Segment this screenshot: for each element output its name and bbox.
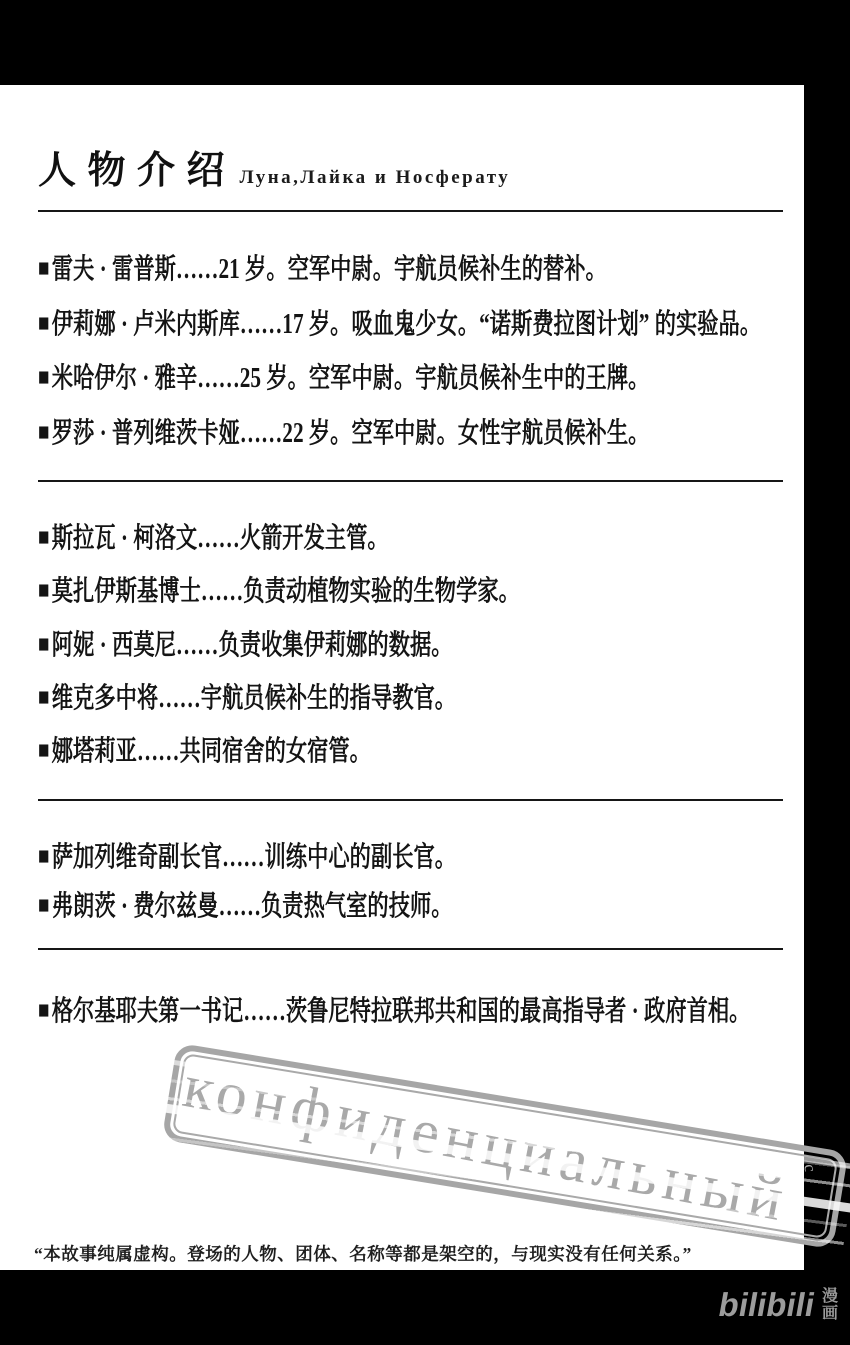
bilibili-manga-logo: bilibili 漫 画: [719, 1286, 838, 1324]
title-rule: [38, 210, 783, 212]
stamp-side-mark: с: [799, 1163, 820, 1173]
roster-line-text: 莫扎伊斯基博士……负责动植物实验的生物学家。: [52, 576, 520, 607]
roster-line-text: 雷夫 · 雷普斯……21 岁。空军中尉。宇航员候补生的替补。: [52, 254, 607, 285]
section-rule: [38, 799, 783, 801]
roster-line: ■罗莎 · 普列维茨卡娅……22 岁。空军中尉。女性宇航员候补生。: [38, 419, 649, 450]
roster-line-text: 斯拉瓦 · 柯洛文……火箭开发主管。: [52, 523, 389, 554]
bullet-square-icon: ■: [38, 577, 49, 604]
roster-line: ■莫扎伊斯基博士……负责动植物实验的生物学家。: [38, 577, 520, 608]
bullet-square-icon: ■: [38, 843, 49, 870]
roster-line: ■米哈伊尔 · 雅辛……25 岁。空军中尉。宇航员候补生中的王牌。: [38, 364, 649, 395]
section-rule: [38, 480, 783, 482]
bullet-square-icon: ■: [38, 631, 49, 658]
roster-line: ■伊莉娜 · 卢米内斯库……17 岁。吸血鬼少女。“诺斯费拉图计划” 的实验品。: [38, 310, 761, 341]
bullet-square-icon: ■: [38, 737, 49, 764]
roster-line-text: 罗莎 · 普列维茨卡娅……22 岁。空军中尉。女性宇航员候补生。: [52, 418, 650, 449]
disclaimer-text: “本故事纯属虚构。登场的人物、团体、名称等都是架空的，与现实没有任何关系。”: [34, 1241, 692, 1266]
roster-line: ■雷夫 · 雷普斯……21 岁。空军中尉。宇航员候补生的替补。: [38, 255, 607, 286]
roster-line: ■萨加列维奇副长官……训练中心的副长官。: [38, 843, 456, 874]
roster-line: ■格尔基耶夫第一书记……茨鲁尼特拉联邦共和国的最高指导者 · 政府首相。: [38, 997, 750, 1028]
roster-line: ■弗朗茨 · 费尔兹曼……负责热气室的技师。: [38, 892, 453, 923]
bilibili-manga-cjk: 漫 画: [822, 1288, 838, 1322]
roster-line: ■斯拉瓦 · 柯洛文……火箭开发主管。: [38, 524, 389, 555]
roster-line-text: 维克多中将……宇航员候补生的指导教官。: [52, 683, 456, 714]
title-block: 人 物 介 绍 Луна,Лайка и Носферату: [38, 149, 510, 193]
bullet-square-icon: ■: [38, 684, 49, 711]
roster-line-text: 弗朗茨 · 费尔兹曼……负责热气室的技师。: [52, 891, 453, 922]
roster-line-text: 萨加列维奇副长官……训练中心的副长官。: [52, 842, 456, 873]
manga-page-frame: { "header": { "title": "人 物 介 绍", "subti…: [0, 0, 850, 1345]
section-rule: [38, 948, 783, 950]
roster-line-text: 娜塔莉亚……共同宿舍的女宿管。: [52, 736, 371, 767]
page-title: 人 物 介 绍: [38, 149, 226, 193]
bullet-square-icon: ■: [38, 364, 49, 391]
footer-bar: bilibili 漫 画: [0, 1270, 850, 1345]
roster-line-text: 阿妮 · 西莫尼……负责收集伊莉娜的数据。: [52, 630, 453, 661]
page-subtitle: Луна,Лайка и Носферату: [240, 167, 511, 189]
roster-line-text: 米哈伊尔 · 雅辛……25 岁。空军中尉。宇航员候补生中的王牌。: [52, 363, 650, 394]
roster-line: ■阿妮 · 西莫尼……负责收集伊莉娜的数据。: [38, 631, 453, 662]
roster-line-text: 伊莉娜 · 卢米内斯库……17 岁。吸血鬼少女。“诺斯费拉图计划” 的实验品。: [52, 309, 761, 340]
bullet-square-icon: ■: [38, 310, 49, 337]
bullet-square-icon: ■: [38, 524, 49, 551]
bilibili-cjk-bottom: 画: [822, 1305, 838, 1322]
bullet-square-icon: ■: [38, 419, 49, 446]
bullet-square-icon: ■: [38, 255, 49, 282]
roster-line: ■维克多中将……宇航员候补生的指导教官。: [38, 684, 456, 715]
bilibili-cjk-top: 漫: [822, 1288, 838, 1305]
bullet-square-icon: ■: [38, 997, 49, 1024]
bullet-square-icon: ■: [38, 892, 49, 919]
roster-line-text: 格尔基耶夫第一书记……茨鲁尼特拉联邦共和国的最高指导者 · 政府首相。: [52, 996, 751, 1027]
bilibili-wordmark: bilibili: [715, 1286, 817, 1324]
roster-line: ■娜塔莉亚……共同宿舍的女宿管。: [38, 737, 371, 768]
